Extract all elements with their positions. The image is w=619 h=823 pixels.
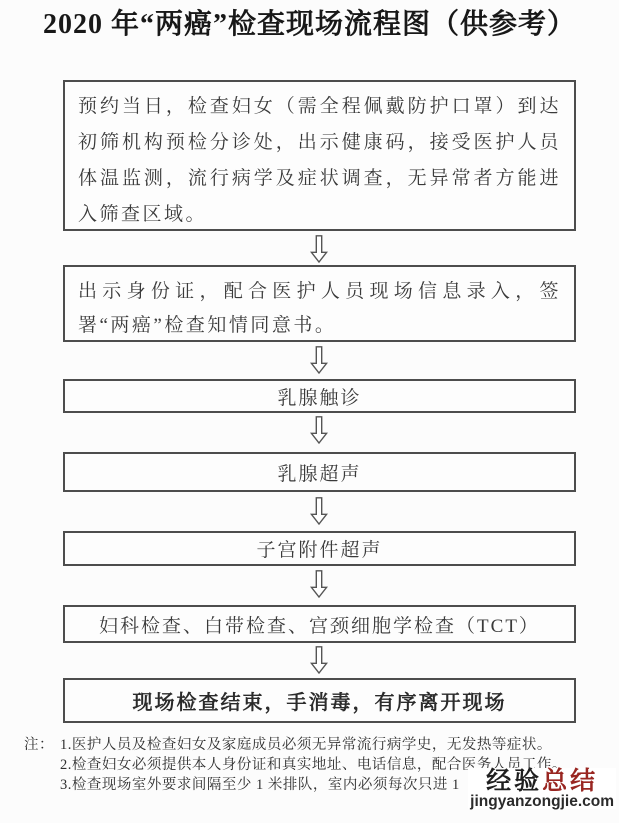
flow-step-box-gyn-exams: 妇科检查、白带检查、宫颈细胞学检查（TCT） [63, 605, 576, 643]
flow-step-text: 妇科检查、白带检查、宫颈细胞学检查（TCT） [99, 611, 540, 638]
watermark-text-black: 经验 [486, 767, 542, 795]
flow-step-text: 预约当日，检查妇女（需全程佩戴防护口罩）到达初筛机构预检分诊处，出示健康码，接受… [78, 89, 561, 233]
flow-step-box-registration: 出示身份证，配合医护人员现场信息录入，签署“两癌”检查知情同意书。 [63, 265, 576, 342]
down-arrow-icon [310, 235, 328, 263]
watermark-logo: 经验总结 [470, 768, 614, 795]
down-arrow-icon [310, 346, 328, 374]
notes-label: 注： [24, 735, 54, 795]
down-arrow-icon [310, 497, 328, 525]
down-arrow-icon [310, 646, 328, 674]
flow-step-box-uterus-ultrasound: 子宫附件超声 [63, 531, 576, 566]
flow-step-box-arrival: 预约当日，检查妇女（需全程佩戴防护口罩）到达初筛机构预检分诊处，出示健康码，接受… [63, 80, 576, 231]
down-arrow-icon [310, 570, 328, 598]
watermark-url: jingyanzongjie.com [470, 795, 614, 809]
down-arrow-icon [310, 416, 328, 444]
flow-step-text: 乳腺触诊 [277, 383, 361, 410]
flow-step-text: 子宫附件超声 [256, 535, 382, 562]
watermark: 经验总结 jingyanzongjie.com [468, 768, 616, 809]
flow-step-box-breast-palpation: 乳腺触诊 [63, 379, 576, 413]
flow-step-box-finish: 现场检查结束，手消毒，有序离开现场 [63, 678, 576, 723]
flowchart-page: 2020 年“两癌”检查现场流程图（供参考） 预约当日，检查妇女（需全程佩戴防护… [0, 0, 619, 823]
flow-step-box-breast-ultrasound: 乳腺超声 [63, 452, 576, 492]
note-item-1: 1.医护人员及检查妇女及家庭成员必须无异常流行病学史，无发热等症状。 [60, 735, 567, 755]
watermark-text-red: 总结 [542, 767, 598, 795]
flow-step-text: 现场检查结束，手消毒，有序离开现场 [133, 686, 507, 715]
flow-step-text: 出示身份证，配合医护人员现场信息录入，签署“两癌”检查知情同意书。 [78, 275, 561, 343]
page-title: 2020 年“两癌”检查现场流程图（供参考） [0, 2, 619, 42]
flow-step-text: 乳腺超声 [277, 459, 361, 486]
